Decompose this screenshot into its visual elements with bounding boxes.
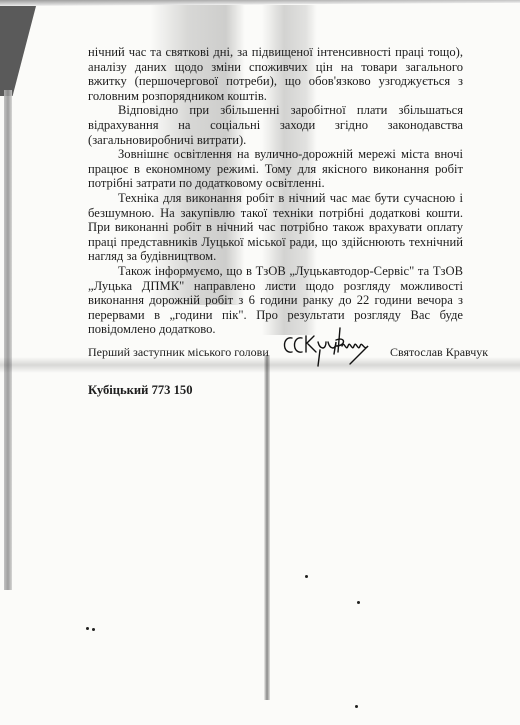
- scan-speck: [92, 628, 95, 631]
- scan-speck: [357, 601, 360, 604]
- scan-left-edge: [4, 90, 12, 590]
- scan-speck: [305, 575, 308, 578]
- signatory-name: Святослав Кравчук: [390, 345, 488, 360]
- scan-corner-shadow: [0, 6, 36, 96]
- paragraph: Відповідно при збільшенні заробітної пла…: [88, 103, 463, 147]
- scan-speck: [86, 627, 89, 630]
- paragraph: Техніка для виконання робіт в нічний час…: [88, 191, 463, 264]
- executor-contact: Кубіцький 773 150: [88, 383, 193, 398]
- signatory-title: Перший заступник міського голови: [88, 345, 269, 360]
- paragraph: Зовнішнє освітлення на вулично-дорожній …: [88, 147, 463, 191]
- handwritten-signature: [280, 324, 372, 370]
- scan-speck: [355, 705, 358, 708]
- scan-top-edge: [0, 0, 520, 6]
- paragraph: нічний час та святкові дні, за підвищено…: [88, 45, 463, 103]
- scanned-letter-page: нічний час та святкові дні, за підвищено…: [0, 0, 520, 725]
- vertical-fold-line: [264, 355, 270, 700]
- paragraph: Також інформуємо, що в ТзОВ „Луцькавтодо…: [88, 264, 463, 337]
- signature-block: Перший заступник міського голови Святосл…: [88, 340, 498, 364]
- letter-body: нічний час та святкові дні, за підвищено…: [88, 45, 463, 337]
